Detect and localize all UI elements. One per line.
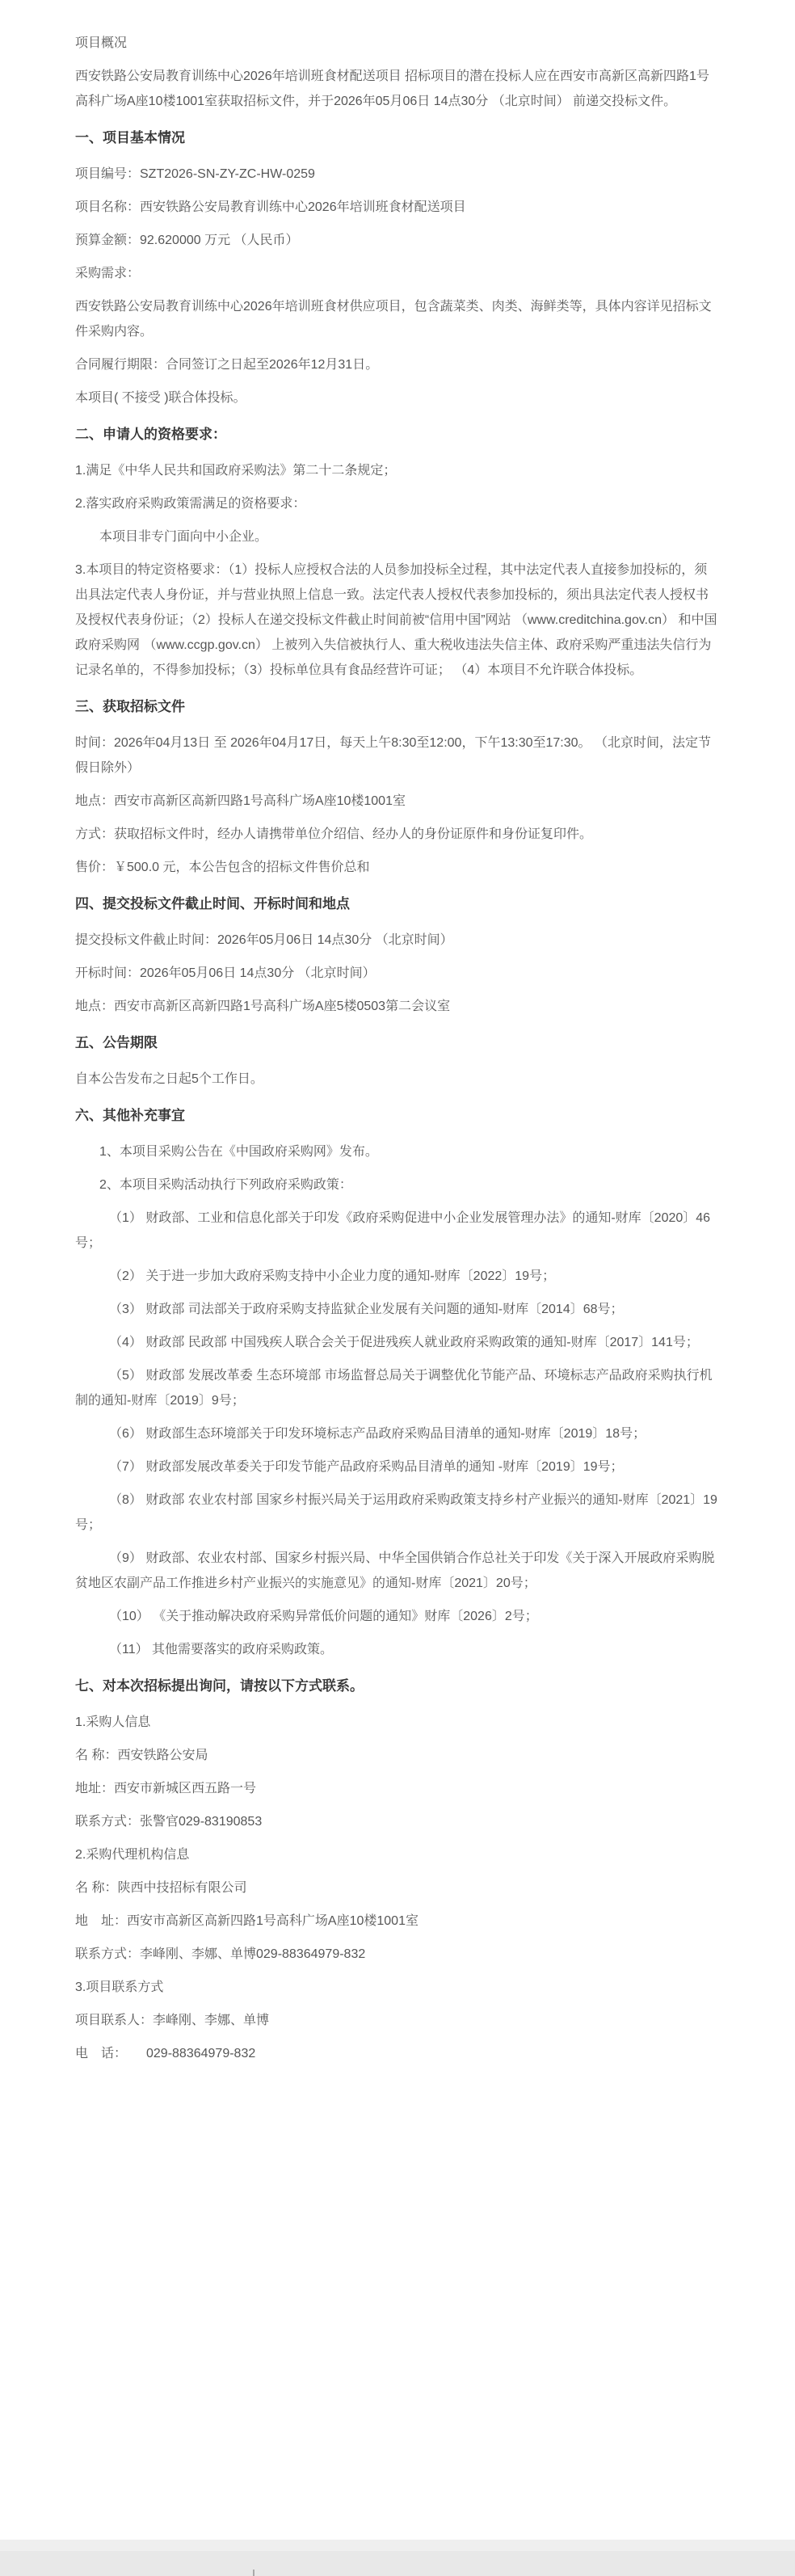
- purchaser-contact: 联系方式：张警官029-83190853: [75, 1809, 720, 1834]
- project-contact-person: 项目联系人：李峰刚、李娜、单博: [75, 2008, 720, 2033]
- document-price: 售价：￥500.0 元，本公告包含的招标文件售价总和: [75, 855, 720, 880]
- announcement-period: 自本公告发布之日起5个工作日。: [75, 1067, 720, 1092]
- policy-item-9: （9） 财政部、农业农村部、国家乡村振兴局、中华全国供销合作总社关于印发《关于深…: [75, 1546, 720, 1596]
- policy-item-8: （8） 财政部 农业农村部 国家乡村振兴局关于运用政府采购政策支持乡村产业振兴的…: [75, 1488, 720, 1538]
- document-acquisition-method: 方式：获取招标文件时，经办人请携带单位介绍信、经办人的身份证原件和身份证复印件。: [75, 822, 720, 847]
- policy-item-1: （1） 财政部、工业和信息化部关于印发《政府采购促进中小企业发展管理办法》的通知…: [75, 1206, 720, 1256]
- project-overview-text: 西安铁路公安局教育训练中心2026年培训班食材配送项目 招标项目的潜在投标人应在…: [75, 64, 720, 114]
- section-5-heading: 五、公告期限: [75, 1030, 720, 1055]
- project-contact-phone: 电 话： 029-88364979-832: [75, 2041, 720, 2066]
- project-number: 项目编号：SZT2026-SN-ZY-ZC-HW-0259: [75, 162, 720, 187]
- agency-contact: 联系方式：李峰刚、李娜、单博029-88364979-832: [75, 1942, 720, 1967]
- project-contact-label: 3.项目联系方式: [75, 1975, 720, 2000]
- procurement-demand-text: 西安铁路公安局教育训练中心2026年培训班食材供应项目，包含蔬菜类、肉类、海鲜类…: [75, 294, 720, 344]
- sme-note: 本项目非专门面向中小企业。: [75, 524, 720, 549]
- tender-announcement-document: 项目概况西安铁路公安局教育训练中心2026年培训班食材配送项目 招标项目的潜在投…: [75, 0, 720, 2066]
- page: 项目概况西安铁路公安局教育训练中心2026年培训班食材配送项目 招标项目的潜在投…: [0, 0, 795, 2576]
- purchaser-info-label: 1.采购人信息: [75, 1710, 720, 1735]
- agency-address: 地 址：西安市高新区高新四路1号高科广场A座10楼1001室: [75, 1909, 720, 1934]
- project-overview-label: 项目概况: [75, 31, 720, 56]
- policy-item-10: （10） 《关于推动解决政府采购异常低价问题的通知》财库〔2026〕2号；: [75, 1604, 720, 1629]
- bid-opening-time: 开标时间：2026年05月06日 14点30分 （北京时间）: [75, 961, 720, 986]
- qualification-item-1: 1.满足《中华人民共和国政府采购法》第二十二条规定；: [75, 458, 720, 483]
- consortium-bidding-note: 本项目( 不接受 )联合体投标。: [75, 385, 720, 410]
- page-footer-top-band: [0, 2540, 795, 2551]
- policy-item-5: （5） 财政部 发展改革委 生态环境部 市场监督总局关于调整优化节能产品、环境标…: [75, 1363, 720, 1413]
- policy-item-11: （11） 其他需要落实的政府采购政策。: [75, 1637, 720, 1662]
- contract-period: 合同履行期限：合同签订之日起至2026年12月31日。: [75, 352, 720, 377]
- section-1-heading: 一、项目基本情况: [75, 125, 720, 150]
- project-name: 项目名称：西安铁路公安局教育训练中心2026年培训班食材配送项目: [75, 195, 720, 220]
- purchaser-name: 名 称：西安铁路公安局: [75, 1743, 720, 1768]
- document-acquisition-place: 地点：西安市高新区高新四路1号高科广场A座10楼1001室: [75, 789, 720, 814]
- section-7-heading: 七、对本次招标提出询问，请按以下方式联系。: [75, 1673, 720, 1698]
- purchaser-address: 地址：西安市新城区西五路一号: [75, 1776, 720, 1801]
- policy-item-2: （2） 关于进一步加大政府采购支持中小企业力度的通知-财库〔2022〕19号；: [75, 1264, 720, 1289]
- agency-name: 名 称：陕西中技招标有限公司: [75, 1875, 720, 1900]
- other-item-1: 1、本项目采购公告在《中国政府采购网》发布。: [75, 1139, 720, 1164]
- section-2-heading: 二、申请人的资格要求：: [75, 422, 720, 447]
- footer-column-divider: [253, 2570, 254, 2576]
- qualification-item-3: 3.本项目的特定资格要求：（1）投标人应授权合法的人员参加投标全过程，其中法定代…: [75, 558, 720, 683]
- qualification-item-2: 2.落实政府采购政策需满足的资格要求：: [75, 491, 720, 516]
- policy-item-4: （4） 财政部 民政部 中国残疾人联合会关于促进残疾人就业政府采购政策的通知-财…: [75, 1330, 720, 1355]
- document-acquisition-time: 时间：2026年04月13日 至 2026年04月17日，每天上午8:30至12…: [75, 730, 720, 781]
- agency-info-label: 2.采购代理机构信息: [75, 1842, 720, 1867]
- section-4-heading: 四、提交投标文件截止时间、开标时间和地点: [75, 891, 720, 916]
- policy-item-6: （6） 财政部生态环境部关于印发环境标志产品政府采购品目清单的通知-财库〔201…: [75, 1421, 720, 1446]
- section-3-heading: 三、获取招标文件: [75, 694, 720, 719]
- section-6-heading: 六、其他补充事宜: [75, 1103, 720, 1128]
- budget-amount: 预算金额：92.620000 万元 （人民币）: [75, 228, 720, 253]
- content-area: 项目概况西安铁路公安局教育训练中心2026年培训班食材配送项目 招标项目的潜在投…: [0, 0, 795, 2540]
- other-item-2: 2、本项目采购活动执行下列政府采购政策：: [75, 1172, 720, 1198]
- page-footer: [0, 2551, 795, 2576]
- bid-opening-place: 地点：西安市高新区高新四路1号高科广场A座5楼0503第二会议室: [75, 994, 720, 1019]
- policy-item-3: （3） 财政部 司法部关于政府采购支持监狱企业发展有关问题的通知-财库〔2014…: [75, 1297, 720, 1322]
- policy-item-7: （7） 财政部发展改革委关于印发节能产品政府采购品目清单的通知 -财库〔2019…: [75, 1454, 720, 1480]
- bid-submission-deadline: 提交投标文件截止时间：2026年05月06日 14点30分 （北京时间）: [75, 928, 720, 953]
- procurement-demand-label: 采购需求：: [75, 261, 720, 286]
